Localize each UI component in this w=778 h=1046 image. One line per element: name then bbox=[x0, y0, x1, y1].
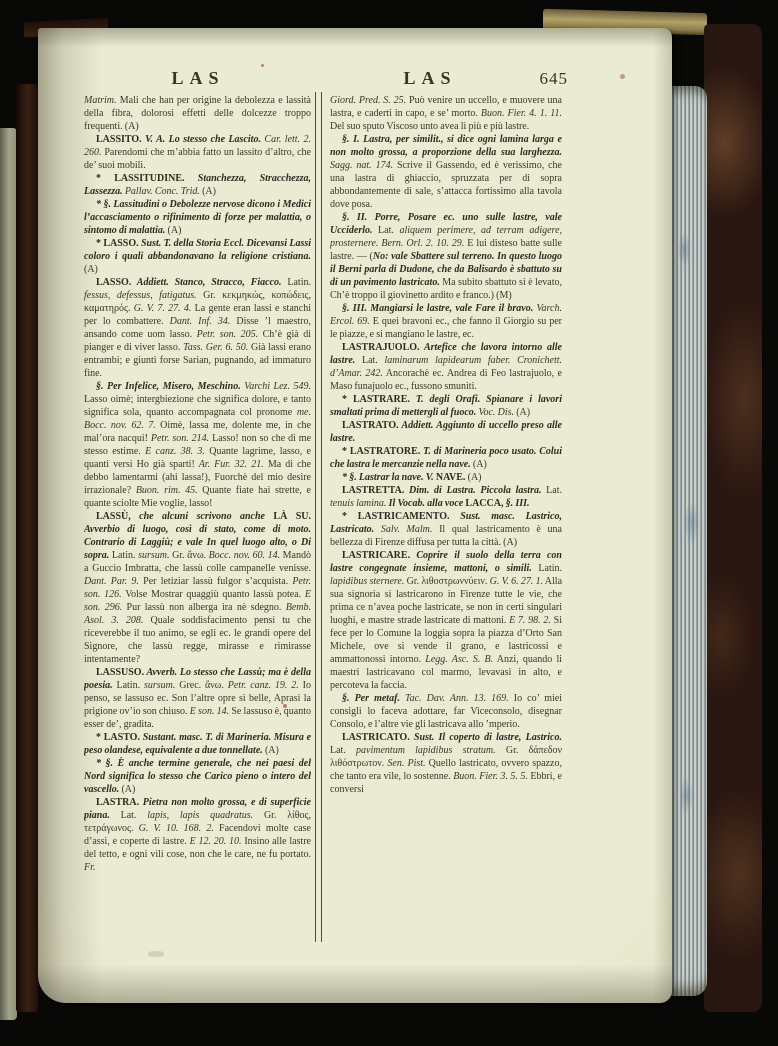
text-run: Gr. λιθοστρωννύειν. bbox=[404, 576, 487, 587]
dictionary-paragraph: §. I. Lastra, per similit., si dice ogni… bbox=[330, 133, 562, 211]
text-run: §. Per Infelice, Misero, Meschino. bbox=[96, 381, 241, 392]
book-cover-left-edge bbox=[16, 84, 38, 1012]
text-run: Sust. Il coperto di lastre, Lastrico. bbox=[410, 732, 562, 743]
text-run: Bern. Orl. 2. 10. 29. bbox=[378, 238, 464, 249]
text-run: (A) bbox=[263, 745, 279, 756]
text-run: Pallav. Conc. Trid. bbox=[123, 186, 200, 197]
text-run: (A) bbox=[119, 784, 135, 795]
text-run: Gr. ἄνω. bbox=[170, 550, 207, 561]
dictionary-paragraph: * LASTRICAMENTO. Sust. masc. Lastrico, L… bbox=[330, 510, 562, 549]
dictionary-paragraph: * §. È anche termine generale, che nei p… bbox=[84, 757, 311, 796]
dictionary-paragraph: LASSUSO. Avverb. Lo stesso che Lassù; ma… bbox=[84, 666, 311, 731]
text-run: Addiett. Stanco, Stracco, Fiacco. bbox=[131, 277, 281, 288]
text-run: Il Vocab. alla voce bbox=[386, 498, 463, 509]
text-run: Buon. rim. 45. bbox=[131, 485, 197, 496]
text-run: Buon. Fier. 3. 5. 5. bbox=[451, 771, 528, 782]
dictionary-paragraph: LASTRAJUOLO. Artefice che lavora intorno… bbox=[330, 341, 562, 393]
running-title-left: LAS bbox=[84, 68, 312, 89]
dictionary-paragraph: §. Per metaf. Tac. Dav. Ann. 13. 169. Io… bbox=[330, 692, 562, 731]
text-run: * LASTRATORE. bbox=[342, 446, 420, 457]
text-run: laminarum lapidearum faber. bbox=[378, 355, 511, 366]
text-run: Dant. Inf. 34. bbox=[164, 316, 231, 327]
text-run: LASTRETTA. bbox=[342, 485, 404, 496]
text-run: LASSUSO. bbox=[96, 667, 144, 678]
text-run: E 7. 98. 2. bbox=[506, 615, 551, 626]
text-run: * LASTRICAMENTO. bbox=[342, 511, 450, 522]
text-run: G. V. 7. 27. 4. bbox=[131, 303, 192, 314]
text-run: sursum. bbox=[136, 550, 170, 561]
dictionary-paragraph: Giord. Pred. S. 25. Può venire un uccell… bbox=[330, 94, 562, 133]
text-run: E canz. 38. 3. bbox=[141, 446, 205, 457]
text-run: Latin. bbox=[113, 680, 140, 691]
text-run: Dant. Par. 9. bbox=[84, 576, 139, 587]
page-number: 645 bbox=[508, 69, 568, 89]
text-run: (A) bbox=[465, 472, 481, 483]
text-run: che alcuni scrivono anche bbox=[131, 511, 265, 522]
text-run: Volse Mostrar quaggiù quanto lassù potea… bbox=[122, 589, 302, 600]
text-run: * LASTO. bbox=[96, 732, 140, 743]
text-run: Lat. bbox=[541, 485, 562, 496]
text-run: Ar. Fur. 32. 21. bbox=[195, 459, 264, 470]
text-run: §. I. Lastra, per similit., si dice ogni… bbox=[330, 134, 562, 158]
text-run: Mali che han per origine la debolezza e … bbox=[84, 95, 311, 132]
dictionary-paragraph: LASTRETTA. Dim. di Lastra. Piccola lastr… bbox=[330, 484, 562, 510]
dictionary-paragraph: * LASSO. Sust. T. della Storia Eccl. Dic… bbox=[84, 237, 311, 276]
text-run: Sagg. nat. 174. bbox=[330, 160, 393, 171]
text-run: Latin. bbox=[532, 563, 562, 574]
text-run: Sen. Pist. bbox=[384, 758, 425, 769]
dictionary-paragraph: LASSÙ, che alcuni scrivono anche LÀ SU. … bbox=[84, 510, 311, 666]
text-run: LASTRICARE. bbox=[342, 550, 410, 561]
text-run: Matrim. bbox=[84, 95, 117, 106]
text-column-right: Giord. Pred. S. 25. Può venire un uccell… bbox=[330, 94, 562, 946]
text-run: Pur lassù non alberga ira nè sdegno. bbox=[122, 602, 281, 613]
text-run: LÀ SU. bbox=[265, 511, 311, 522]
text-run: Legg. Asc. S. B. bbox=[421, 654, 493, 665]
text-run: Petr. son. 205. bbox=[192, 329, 258, 340]
text-run: §. III. Mangiarsi le lastre, vale Fare i… bbox=[342, 303, 533, 314]
dictionary-paragraph: * §. Lastrar la nave. V. NAVE. (A) bbox=[330, 471, 562, 484]
text-run: Latin. bbox=[109, 550, 135, 561]
text-run: E son. 14. bbox=[188, 706, 230, 717]
dictionary-paragraph: §. Per Infelice, Misero, Meschino. Varch… bbox=[84, 380, 311, 510]
dictionary-paragraph: Matrim. Mali che han per origine la debo… bbox=[84, 94, 311, 133]
page-stack-fore-edge bbox=[669, 86, 707, 996]
text-run: Salv. Malm. bbox=[374, 524, 432, 535]
text-run: Lat. bbox=[373, 225, 394, 236]
text-run: Tac. Dav. Ann. 13. 169. bbox=[400, 693, 509, 704]
dictionary-paragraph: * LASTRATORE. T. di Marineria poco usato… bbox=[330, 445, 562, 471]
dictionary-paragraph: * §. Lassitudini o Debolezze nervose dic… bbox=[84, 198, 311, 237]
dictionary-paragraph: LASTRATO. Addiett. Aggiunto di uccello p… bbox=[330, 419, 562, 445]
text-run: Del suo sputo Viscoso unto avea lì più e… bbox=[330, 121, 529, 132]
dictionary-paragraph: * LASSITUDINE. Stanchezza, Stracchezza, … bbox=[84, 172, 311, 198]
ink-speck bbox=[261, 64, 264, 67]
text-run: LASTRA. bbox=[96, 797, 139, 808]
text-run: Bocc. nov. 60. 14. bbox=[206, 550, 280, 561]
text-run: V. A. Lo stesso che Lascito. bbox=[142, 134, 261, 145]
text-run: Dim. di Lastra. Piccola lastra. bbox=[404, 485, 541, 496]
text-run: * §. Lassitudini o Debolezze nervose dic… bbox=[84, 199, 311, 236]
foxing-stain bbox=[620, 74, 625, 79]
text-run: Fr. bbox=[84, 862, 95, 873]
text-run: * LASSO. bbox=[96, 238, 139, 249]
text-run: * LASTRARE. bbox=[342, 394, 410, 405]
text-run: (A) bbox=[471, 459, 487, 470]
foxing-smudge bbox=[148, 951, 164, 957]
text-run: lapis, lapis quadratus. bbox=[136, 810, 253, 821]
book-page: LAS LAS 645 Matrim. Mali che han per ori… bbox=[38, 28, 672, 1003]
dictionary-paragraph: * LASTO. Sustant. masc. T. di Marineria.… bbox=[84, 731, 311, 757]
text-run: (A) bbox=[84, 264, 98, 275]
text-run: lapidibus sternere. bbox=[330, 576, 404, 587]
dictionary-paragraph: LASTRICATO. Sust. Il coperto di lastre, … bbox=[330, 731, 562, 796]
dictionary-paragraph: §. II. Porre, Posare ec. uno sulle lastr… bbox=[330, 211, 562, 302]
text-run: Grec. ἄνω. bbox=[175, 680, 224, 691]
text-run: sursum. bbox=[140, 680, 175, 691]
text-run: Varchi Lez. 549. bbox=[241, 381, 311, 392]
text-run: tenuis lamina. bbox=[330, 498, 386, 509]
facing-page-edge bbox=[0, 128, 17, 1020]
text-run: LASTRATO. bbox=[342, 420, 399, 431]
text-run: Petr. son. 214. bbox=[148, 433, 209, 444]
text-run: G. V. 6. 27. 1. bbox=[487, 576, 543, 587]
text-run: G. V. 10. 168. 2. bbox=[133, 823, 213, 834]
text-run: LASTRAJUOLO. bbox=[342, 342, 420, 353]
text-run: LASTRICATO. bbox=[342, 732, 410, 743]
text-run: LASSITO. bbox=[96, 134, 142, 145]
dictionary-paragraph: LASSO. Addiett. Stanco, Stracco, Fiacco.… bbox=[84, 276, 311, 380]
text-run: * LASSITUDINE. bbox=[96, 173, 185, 184]
dictionary-paragraph: * LASTRARE. T. degli Orafi. Spianare i l… bbox=[330, 393, 562, 419]
text-run: (A) bbox=[200, 186, 216, 197]
text-run: fessus, defessus, fatigatus. bbox=[84, 290, 197, 301]
foxing-stain bbox=[283, 704, 287, 708]
text-run: Parendomi che m’abbia fatto un lassito d… bbox=[84, 147, 311, 171]
text-run: LASSÙ, bbox=[96, 511, 131, 522]
text-run: Lat. bbox=[110, 810, 137, 821]
dictionary-paragraph: LASTRA. Pietra non molto grossa, e di su… bbox=[84, 796, 311, 874]
text-run: §. Per metaf. bbox=[342, 693, 400, 704]
text-run: pavimentum lapidibus stratum. bbox=[346, 745, 496, 756]
text-run: Tass. Ger. 6. 50. bbox=[180, 342, 248, 353]
running-title-right: LAS bbox=[330, 68, 530, 89]
text-run: (A) bbox=[514, 407, 530, 418]
text-column-left: Matrim. Mali che han per origine la debo… bbox=[84, 94, 311, 946]
text-run: LACCA, bbox=[463, 498, 503, 509]
text-run: Lat. bbox=[330, 745, 346, 756]
text-run: E 12. 20. 10. bbox=[187, 836, 242, 847]
book-cover-right bbox=[704, 24, 762, 1012]
dictionary-paragraph: LASTRICARE. Coprire il suolo della terra… bbox=[330, 549, 562, 692]
text-run: Petr. canz. 19. 2. bbox=[224, 680, 299, 691]
text-run: Giord. Pred. S. 25. bbox=[330, 95, 406, 106]
dictionary-paragraph: §. III. Mangiarsi le lastre, vale Fare i… bbox=[330, 302, 562, 341]
text-run: Per letiziar lassù fulgor s’acquista. bbox=[139, 576, 288, 587]
text-run: (A) bbox=[165, 225, 181, 236]
text-run: NAVE. bbox=[434, 472, 466, 483]
text-run: LASSO. bbox=[96, 277, 131, 288]
text-run: Lat. bbox=[355, 355, 378, 366]
text-run: Buon. Fier. 4. 1. 11. bbox=[478, 108, 562, 119]
text-run: Latin. bbox=[282, 277, 311, 288]
text-run: Voc. Dis. bbox=[476, 407, 514, 418]
text-run: * §. Lastrar la nave. V. bbox=[342, 472, 434, 483]
column-divider bbox=[315, 92, 322, 942]
text-run: §. III. bbox=[503, 498, 529, 509]
text-run: Lasso oimè; intergbiezione che significa… bbox=[84, 394, 311, 418]
dictionary-paragraph: LASSITO. V. A. Lo stesso che Lascito. Ca… bbox=[84, 133, 311, 172]
